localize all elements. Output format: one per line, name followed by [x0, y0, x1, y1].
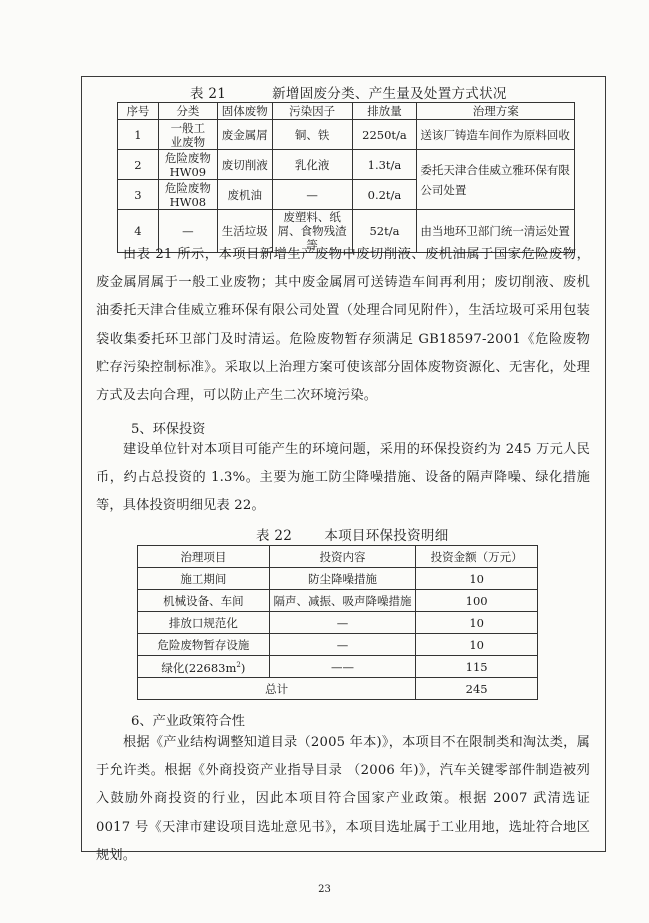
table21: 序号 分类 固体废物 污染因子 排放量 治理方案 1 一般工业废物 废金属屑 铜…	[117, 102, 575, 253]
table22-number: 表 22	[256, 528, 292, 544]
investment-amount: 10	[416, 612, 538, 634]
paragraph-solid-waste: 由表 21 所示，本项目新增生产废物中废切削液、废机油属于国家危险废物，废金属屑…	[96, 241, 590, 410]
table21-number: 表 21	[190, 86, 226, 102]
treatment-item: 排放口规范化	[138, 612, 270, 634]
investment-content: 防尘降噪措施	[269, 568, 416, 590]
section-heading-env-investment: 5、环保投资	[131, 418, 205, 437]
row-number: 1	[118, 120, 159, 150]
table22-header: 投资内容	[269, 546, 416, 568]
table-row: 排放口规范化 — 10	[138, 612, 538, 634]
table21-header: 治理方案	[417, 103, 575, 120]
investment-amount: 115	[416, 656, 538, 678]
table21-header: 固体废物	[217, 103, 272, 120]
paragraph-env-investment: 建设单位针对本项目可能产生的环境问题，采用的环保投资约为 245 万元人民币，约…	[96, 436, 590, 521]
treatment-plan: 委托天津合佳威立雅环保有限公司处置	[417, 150, 575, 210]
table22-header: 投资金额（万元）	[416, 546, 538, 568]
treatment-item: 机械设备、车间	[138, 590, 270, 612]
investment-content: —	[269, 634, 416, 656]
total-label: 总计	[138, 678, 416, 700]
table21-header: 污染因子	[272, 103, 352, 120]
waste-type: 废机油	[217, 180, 272, 210]
greening-label: 绿化(22683m	[161, 661, 236, 675]
table21-title: 新增固废分类、产生量及处置方式状况	[272, 86, 507, 102]
waste-category: 一般工业废物	[158, 120, 217, 150]
waste-type: 废切削液	[217, 150, 272, 180]
emission-amount: 2250t/a	[352, 120, 417, 150]
waste-type: 废金属屑	[217, 120, 272, 150]
table22-header: 治理项目	[138, 546, 270, 568]
table22-header-row: 治理项目 投资内容 投资金额（万元）	[138, 546, 538, 568]
pollutant: 乳化液	[272, 150, 352, 180]
table21-header-row: 序号 分类 固体废物 污染因子 排放量 治理方案	[118, 103, 575, 120]
table21-header: 序号	[118, 103, 159, 120]
treatment-item: 绿化(22683m2)	[138, 656, 270, 678]
greening-label-tail: )	[241, 661, 246, 675]
treatment-plan: 送该厂铸造车间作为原料回收	[417, 120, 575, 150]
table-row: 2 危险废物HW09 废切削液 乳化液 1.3t/a 委托天津合佳威立雅环保有限…	[118, 150, 575, 180]
investment-amount: 100	[416, 590, 538, 612]
table21-header: 排放量	[352, 103, 417, 120]
investment-content: —	[269, 612, 416, 634]
table22: 治理项目 投资内容 投资金额（万元） 施工期间 防尘降噪措施 10 机械设备、车…	[137, 545, 538, 700]
table-row: 1 一般工业废物 废金属屑 铜、铁 2250t/a 送该厂铸造车间作为原料回收	[118, 120, 575, 150]
table22-total-row: 总计 245	[138, 678, 538, 700]
investment-amount: 10	[416, 568, 538, 590]
treatment-item: 危险废物暂存设施	[138, 634, 270, 656]
table22-title: 本项目环保投资明细	[324, 528, 448, 544]
section-heading-industrial-policy: 6、产业政策符合性	[131, 710, 245, 729]
pollutant: —	[272, 180, 352, 210]
investment-content: 隔声、减振、吸声降噪措施	[269, 590, 416, 612]
row-number: 2	[118, 150, 159, 180]
table-row: 绿化(22683m2) —— 115	[138, 656, 538, 678]
table21-header: 分类	[158, 103, 217, 120]
table-row: 施工期间 防尘降噪措施 10	[138, 568, 538, 590]
waste-category: 危险废物HW09	[158, 150, 217, 180]
emission-amount: 1.3t/a	[352, 150, 417, 180]
investment-content: ——	[269, 656, 416, 678]
paragraph-industrial-policy: 根据《产业结构调整知道目录（2005 年本)》，本项目不在限制类和淘汰类，属于允…	[96, 729, 590, 870]
waste-category: 危险废物HW08	[158, 180, 217, 210]
table21-caption: 表 21 新增固废分类、产生量及处置方式状况	[190, 82, 507, 102]
emission-amount: 0.2t/a	[352, 180, 417, 210]
investment-amount: 10	[416, 634, 538, 656]
total-amount: 245	[416, 678, 538, 700]
table22-caption: 表 22 本项目环保投资明细	[256, 524, 449, 544]
table-row: 机械设备、车间 隔声、减振、吸声降噪措施 100	[138, 590, 538, 612]
pollutant: 铜、铁	[272, 120, 352, 150]
page-number: 23	[0, 884, 649, 895]
treatment-item: 施工期间	[138, 568, 270, 590]
table-row: 危险废物暂存设施 — 10	[138, 634, 538, 656]
row-number: 3	[118, 180, 159, 210]
